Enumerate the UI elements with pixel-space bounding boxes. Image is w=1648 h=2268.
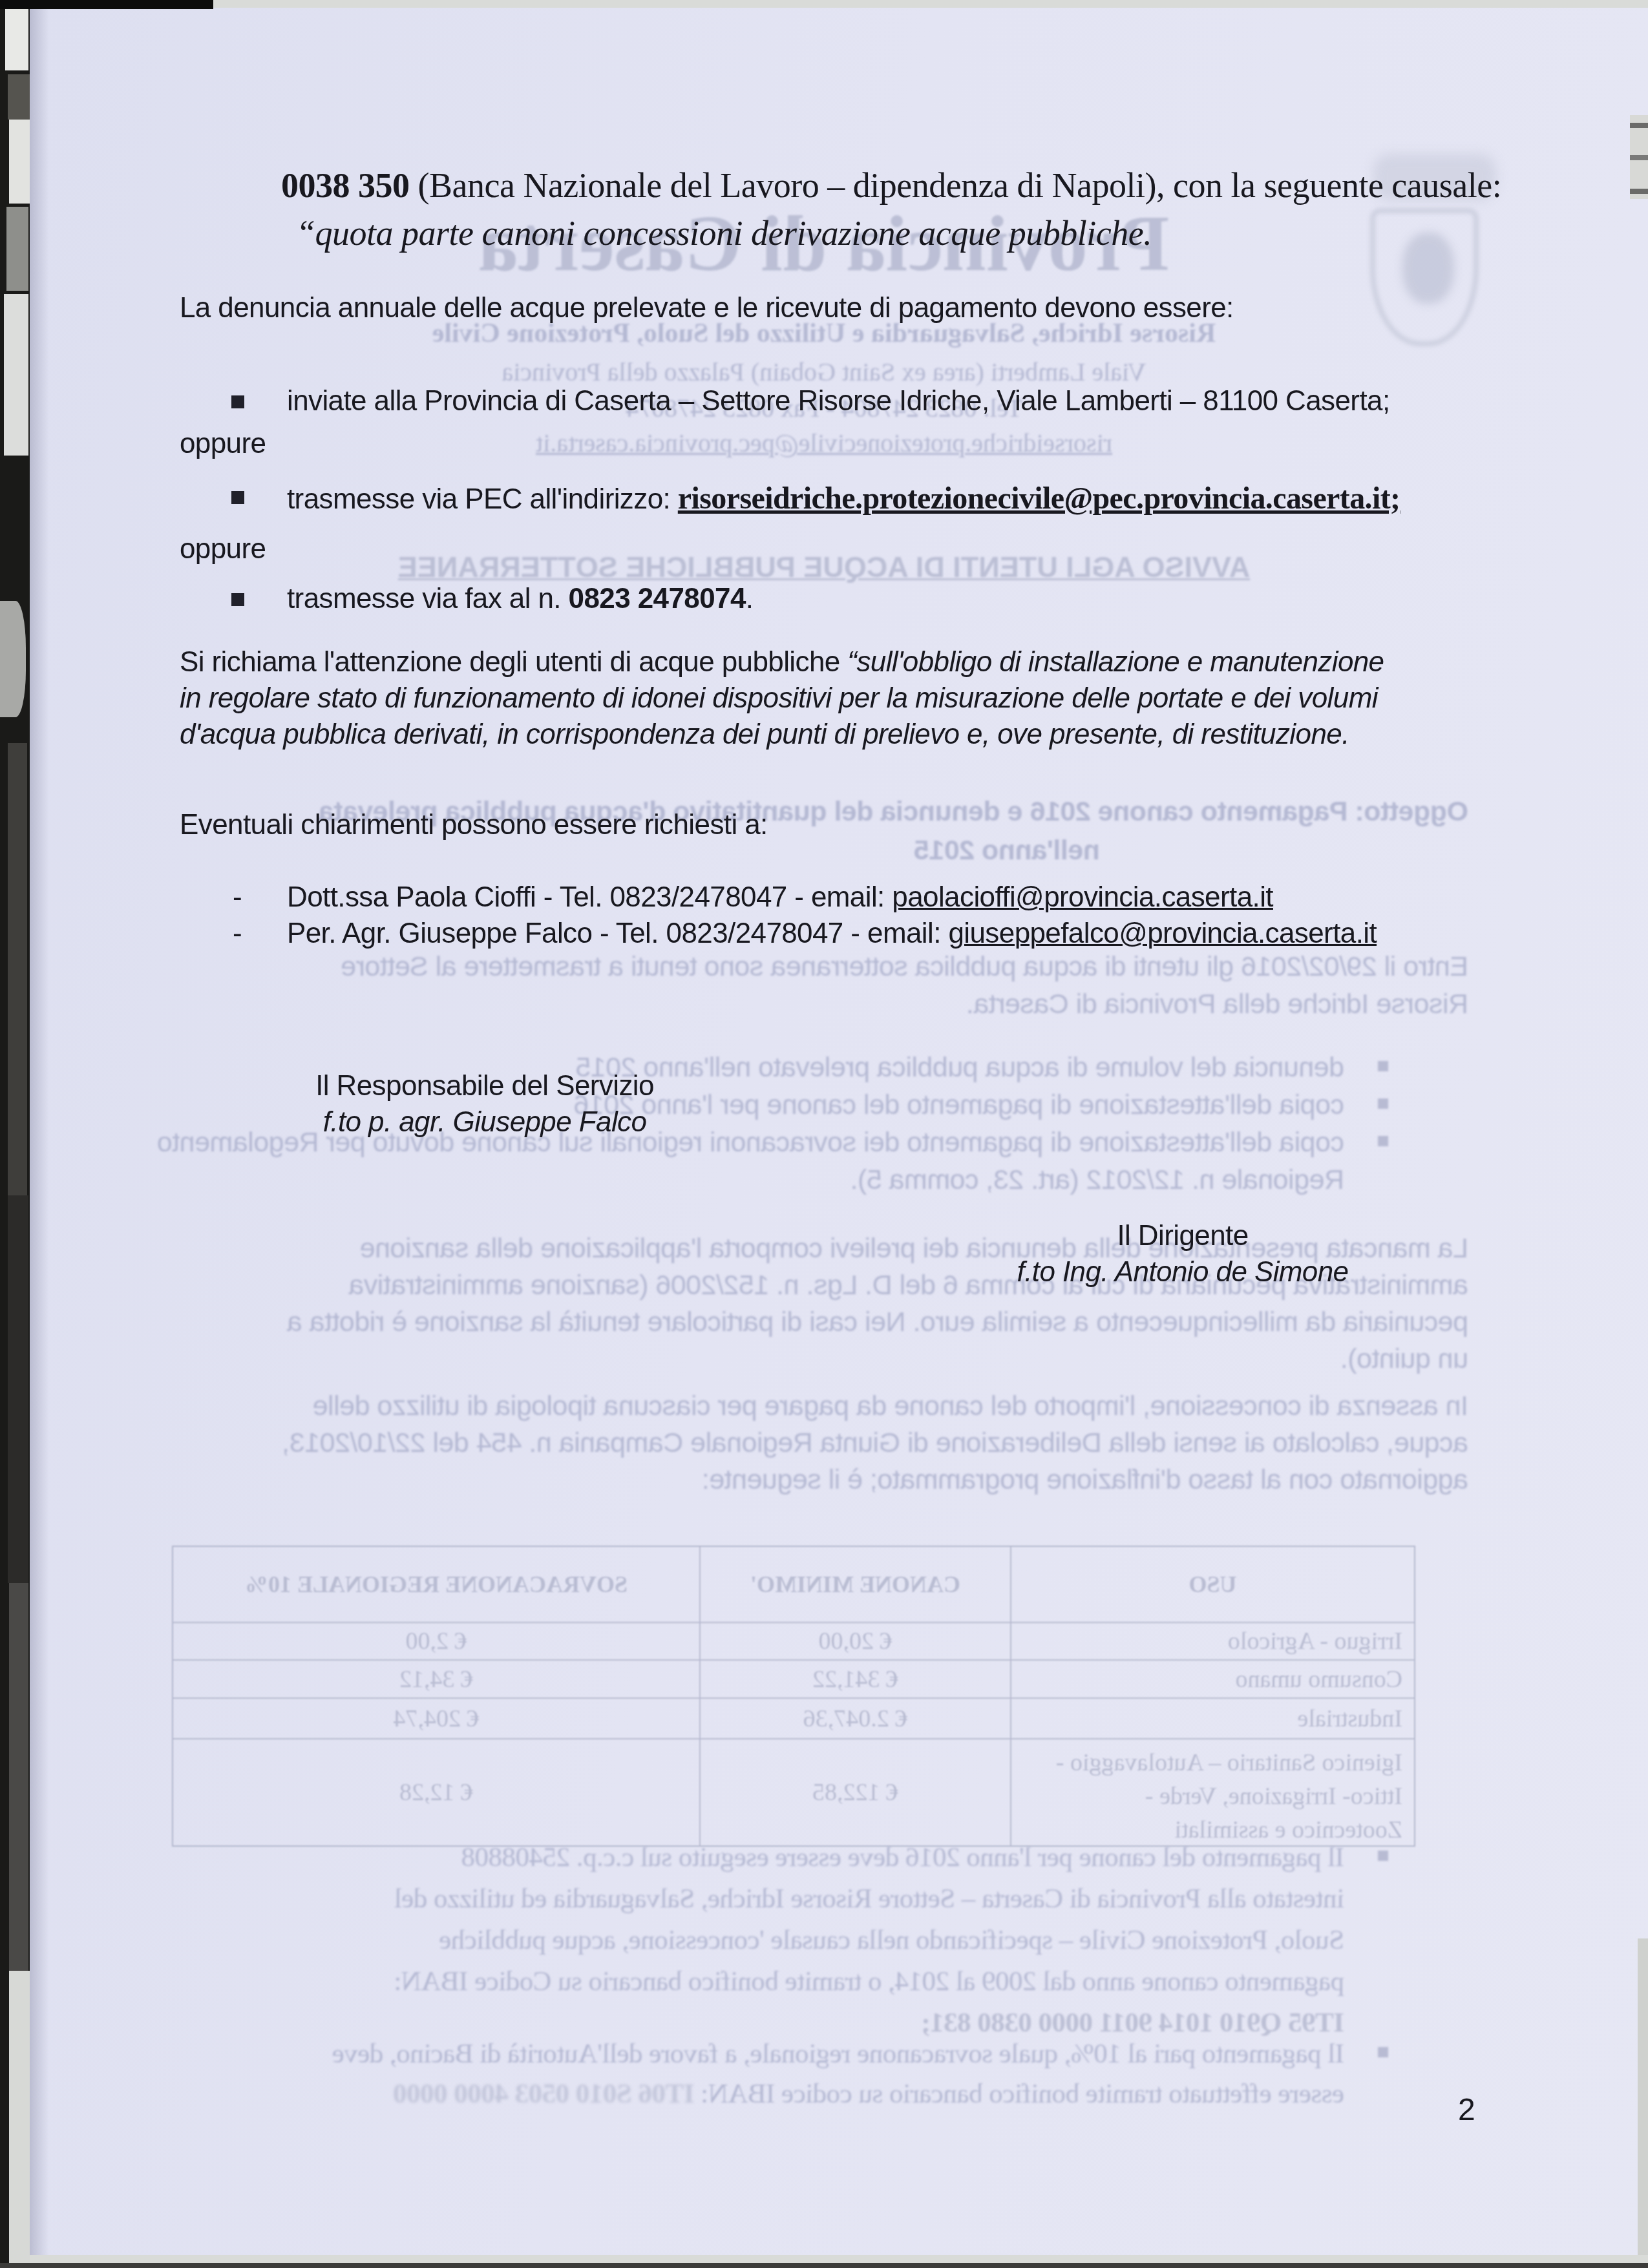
bullet2-prefix: trasmesse via PEC all'indirizzo: [287, 483, 678, 515]
scan-right-bottom-strip [1638, 1938, 1648, 2268]
scanned-document-page: Provincia di Caserta Risorse Idriche, Sa… [0, 0, 1648, 2268]
contact2-info: Per. Agr. Giuseppe Falco - Tel. 0823/247… [287, 918, 948, 949]
scan-left-binder-blob [0, 601, 26, 717]
contact2-dash: - [233, 918, 242, 950]
page-number: 2 [1458, 2092, 1475, 2128]
scan-left-artifact-2 [8, 74, 30, 120]
advisory-line3: d'acqua pubblica derivati, in corrispond… [180, 719, 1349, 751]
scan-left-artifact-5 [4, 294, 28, 456]
scan-left-artifact-1 [5, 9, 28, 70]
scan-left-artifact-6 [8, 743, 27, 1195]
bullet2-text: trasmesse via PEC all'indirizzo: risorse… [287, 481, 1400, 516]
scan-left-artifact-3 [9, 120, 30, 204]
advisory-line2: in regolare stato di funzionamento di id… [180, 682, 1378, 715]
advisory-italic1: “sull'obbligo di installazione e manuten… [847, 646, 1384, 678]
scan-left-artifact-7 [8, 1195, 28, 1583]
scan-left-artifact-8 [9, 1583, 28, 1971]
signature1-title: Il Responsabile del Servizio [271, 1070, 698, 1102]
bullet3-text: trasmesse via fax al n. 0823 2478074. [287, 583, 753, 615]
contact1-info: Dott.ssa Paola Cioffi - Tel. 0823/247804… [287, 881, 892, 913]
oppure2-text: oppure [180, 533, 266, 565]
contact2-text: Per. Agr. Giuseppe Falco - Tel. 0823/247… [287, 918, 1377, 950]
bullet1-text: inviate alla Provincia di Caserta – Sett… [287, 385, 1390, 417]
paper-left-edge-shadow [30, 8, 49, 2255]
bank-code: 0038 350 [281, 166, 410, 205]
signature2-title: Il Dirigente [969, 1220, 1396, 1252]
scan-right-artifact-line1 [1630, 123, 1648, 128]
contact1-dash: - [233, 881, 242, 914]
scan-left-artifact-9 [9, 1971, 30, 2268]
bullet2-square-icon [231, 491, 244, 504]
advisory-line1: Si richiama l'attenzione degli utenti di… [180, 646, 1384, 678]
paragraph-denuncia-annuale: La denuncia annuale delle acque prelevat… [180, 292, 1234, 324]
signature1-name: f.to p. agr. Giuseppe Falco [271, 1106, 698, 1139]
fax-number: 0823 2478074 [569, 583, 746, 614]
pec-email-link: risorseidriche.protezionecivile@pec.prov… [678, 481, 1400, 516]
scan-right-artifact-line2 [1630, 155, 1648, 160]
paragraph-chiarimenti: Eventuali chiarimenti possono essere ric… [180, 809, 768, 841]
scan-top-margin [0, 0, 213, 9]
bullet1-square-icon [231, 395, 244, 408]
contact1-email-link: paolacioffi@provincia.caserta.it [892, 881, 1273, 913]
bullet3-prefix: trasmesse via fax al n. [287, 583, 569, 614]
scan-right-artifact-line3 [1630, 189, 1648, 194]
contact1-text: Dott.ssa Paola Cioffi - Tel. 0823/247804… [287, 881, 1273, 914]
oppure1-text: oppure [180, 428, 266, 460]
advisory-normal: Si richiama l'attenzione degli utenti di… [180, 646, 847, 678]
paragraph-bank-causale-line2: “quota parte canoni concessioni derivazi… [296, 213, 1152, 253]
bullet3-square-icon [231, 593, 244, 606]
bank-text: (Banca Nazionale del Lavoro – dipendenza… [410, 166, 1502, 205]
signature2-name: f.to Ing. Antonio de Simone [969, 1256, 1396, 1288]
paragraph-bank-causale-line1: 0038 350 (Banca Nazionale del Lavoro – d… [281, 165, 1501, 205]
contact2-email-link: giuseppefalco@provincia.caserta.it [948, 918, 1377, 949]
scan-left-artifact-4 [6, 207, 28, 291]
scan-bottom-edge-line [0, 2263, 1648, 2268]
bullet3-suffix: . [746, 583, 754, 614]
